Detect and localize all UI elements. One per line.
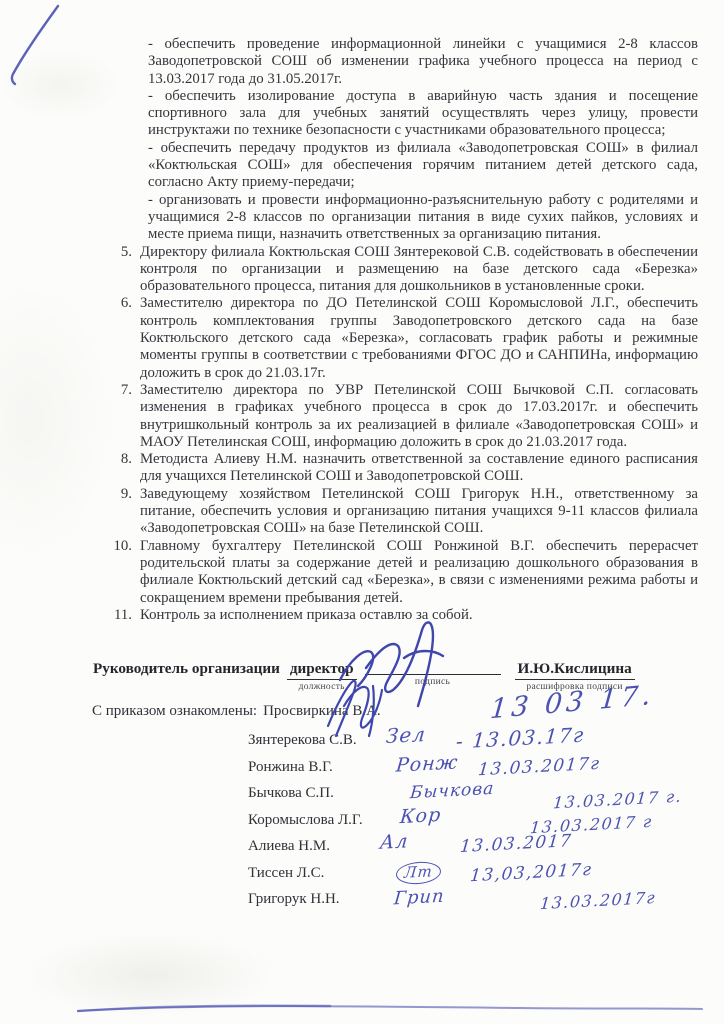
order-item-number: 11. — [110, 607, 140, 624]
document-page: { "ink_color": "#3f46ad", "body": { "sub… — [0, 0, 724, 1024]
signatory-name: И.Ю.Кислицина — [515, 659, 635, 680]
order-subitem: - обеспечить проведение информационной л… — [148, 36, 698, 88]
order-item: 7. Заместителю директора по УВР Петелинс… — [110, 382, 698, 451]
order-subitem: - обеспечить изолирование доступа в авар… — [148, 88, 698, 140]
signature-field: подпись — [365, 659, 501, 687]
order-item-number: 8. — [110, 451, 140, 486]
order-item-number: 6. — [110, 295, 140, 381]
order-item: 9. Заведующему хозяйством Петелинской СО… — [110, 486, 698, 538]
handwritten-signature: Кор — [399, 803, 442, 827]
order-item-number: 9. — [110, 486, 140, 538]
handwritten-signature: Ал — [379, 830, 409, 854]
position-value: директор — [287, 659, 357, 680]
acknowledgement-row: Коромыслова Л.Г. Кор 13.03.2017 г — [248, 812, 702, 839]
signature-block: Руководитель организации директор должно… — [93, 659, 635, 692]
order-item: 10. Главному бухгалтеру Петелинской СОШ … — [110, 538, 698, 607]
order-item: 11. Контроль за исполнением приказа оста… — [110, 607, 698, 624]
position-caption: должность — [299, 682, 345, 692]
order-body: - обеспечить проведение информационной л… — [110, 36, 698, 624]
order-item-text: Директору филиала Коктюльская СОШ Зянтер… — [140, 244, 698, 296]
acknowledged-name: Григорук Н.Н. — [248, 891, 340, 908]
order-item-text: Заместителю директора по ДО Петелинской … — [140, 295, 698, 381]
handwritten-signature: Лт — [395, 860, 442, 884]
acknowledged-name: Тиссен Л.С. — [248, 865, 324, 882]
acknowledged-name: Алиева Н.М. — [248, 838, 330, 855]
order-item-text: Контроль за исполнением приказа оставлю … — [140, 607, 698, 624]
acknowledgement-row: Зянтерекова С.В. Зел - 13.03.17г — [248, 732, 702, 759]
order-item: 6. Заместителю директора по ДО Петелинск… — [110, 295, 698, 381]
scan-edge-line — [0, 995, 724, 1024]
acknowledged-name: Бычкова С.П. — [248, 785, 334, 802]
acknowledgement-row: Бычкова С.П. Бычкова 13.03.2017 г. — [248, 785, 702, 812]
acknowledged-name: Коромыслова Л.Г. — [248, 812, 363, 829]
acknowledgement-first-row: С приказом ознакомлены: Просвиркина В.А.… — [92, 703, 702, 720]
order-item-number: 7. — [110, 382, 140, 451]
acknowledgement-row: Тиссен Л.С. Лт 13,03,2017г — [248, 865, 702, 892]
handwritten-signature: Бычкова — [409, 779, 495, 804]
acknowledgement-row: Алиева Н.М. Ал 13.03.2017 — [248, 838, 702, 865]
signature-caption: подпись — [415, 677, 450, 687]
position-field: директор должность — [287, 659, 357, 692]
order-item-text: Главному бухгалтеру Петелинской СОШ Ронж… — [140, 538, 698, 607]
acknowledgement-row: Григорук Н.Н. Грип 13.03.2017г — [248, 891, 702, 918]
order-item-text: Заместителю директора по УВР Петелинской… — [140, 382, 698, 451]
order-item: 5. Директору филиала Коктюльская СОШ Зян… — [110, 244, 698, 296]
order-item: 8. Методиста Алиеву Н.М. назначить ответ… — [110, 451, 698, 486]
order-item-text: Заведующему хозяйством Петелинской СОШ Г… — [140, 486, 698, 538]
acknowledged-name: Зянтерекова С.В. — [248, 732, 357, 749]
acknowledgement-block: С приказом ознакомлены: Просвиркина В.А.… — [92, 703, 702, 720]
handwritten-signature: Зел — [385, 722, 427, 748]
handwritten-signature: Ронж — [395, 751, 459, 776]
order-subitem: - организовать и провести информационно-… — [148, 192, 698, 244]
acknowledged-name: Ронжина В.Г. — [248, 759, 333, 776]
order-item-number: 10. — [110, 538, 140, 607]
order-item-text: Методиста Алиеву Н.М. назначить ответств… — [140, 451, 698, 486]
acknowledged-name: Просвиркина В.А. — [263, 703, 381, 720]
acknowledgement-label: С приказом ознакомлены: — [92, 703, 257, 720]
handwritten-date: 13.03.2017 г. — [552, 787, 683, 813]
signature-leader-label: Руководитель организации — [93, 659, 280, 678]
handwritten-signature: Грип — [393, 886, 445, 910]
pencil-mark — [0, 0, 90, 100]
order-item-number: 5. — [110, 244, 140, 296]
order-subitem: - обеспечить передачу продуктов из филиа… — [148, 140, 698, 192]
acknowledgement-entries: Зянтерекова С.В. Зел - 13.03.17г Ронжина… — [248, 732, 702, 918]
handwritten-date: - 13.03.17г — [455, 723, 586, 754]
signature-line — [365, 659, 501, 675]
handwritten-date: 13.03.2017г — [539, 888, 657, 913]
